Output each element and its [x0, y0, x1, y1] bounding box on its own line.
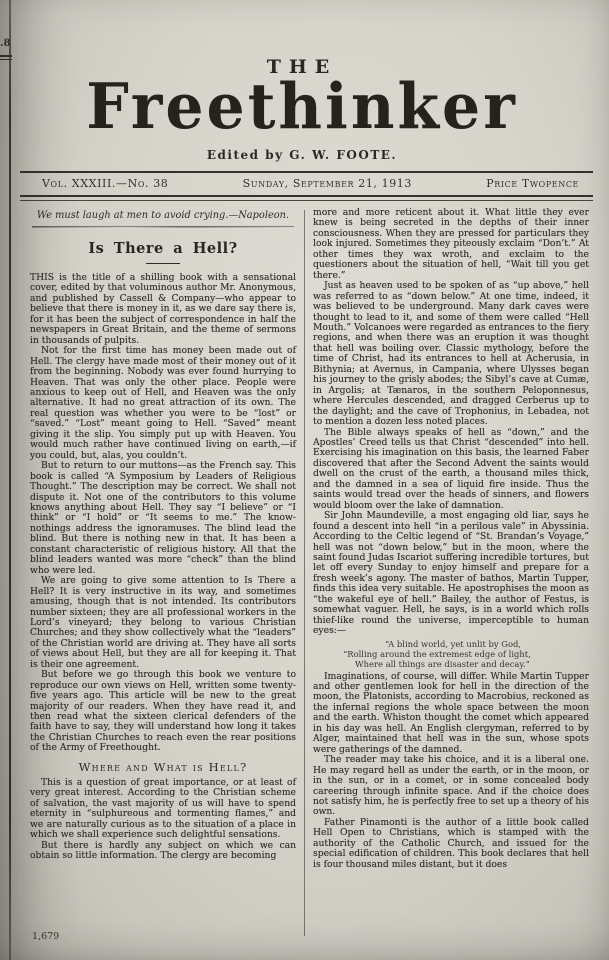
article-paragraph: Just as heaven used to be spoken of as “…: [313, 281, 589, 427]
newspaper-page: .8 THE Freethinker Edited by G. W. FOOTE…: [0, 0, 609, 960]
article-title-rule: [146, 263, 180, 264]
verse-quotation: “A blind world, yet unlit by God, “Rolli…: [313, 639, 589, 669]
left-column: We must laugh at men to avoid crying.—Na…: [30, 208, 296, 936]
article-paragraph: But there is hardly any subject on which…: [30, 841, 296, 862]
article-paragraph: We are going to give some attention to I…: [30, 576, 296, 670]
article-paragraph: Not for the first time has money been ma…: [30, 346, 296, 461]
article-paragraph: Imaginations, of course, will differ. Wh…: [313, 672, 589, 756]
article-paragraph: The reader may take his choice, and it i…: [313, 755, 589, 818]
article-paragraph: more and more reticent about it. What li…: [313, 208, 589, 281]
article-paragraph: But before we go through this book we ve…: [30, 670, 296, 754]
article-paragraph: The Bible always speaks of hell as “down…: [313, 428, 589, 512]
article-paragraph: This is a question of great importance, …: [30, 778, 296, 841]
issue-price: Price Twopence: [486, 177, 579, 190]
adjacent-page-fragment: .8: [0, 38, 14, 60]
printer-number: 1,679: [32, 931, 59, 942]
epigraph: We must laugh at men to avoid crying.—Na…: [34, 210, 292, 222]
masthead-byline: Edited by G. W. FOOTE.: [22, 148, 582, 162]
article-paragraph: But to return to our muttons—as the Fren…: [30, 461, 296, 576]
book-binding-edge: [9, 0, 11, 960]
issue-bar: Vol. XXXIII.—No. 38 Sunday, September 21…: [0, 173, 609, 193]
epigraph-rule: [32, 226, 294, 228]
issue-date: Sunday, September 21, 1913: [243, 177, 412, 190]
verse-line: “Rolling around the extremest edge of li…: [313, 649, 589, 659]
right-column: more and more reticent about it. What li…: [313, 208, 589, 936]
article-columns: We must laugh at men to avoid crying.—Na…: [0, 201, 609, 936]
masthead-title: Freethinker: [22, 77, 582, 137]
article-paragraph: Sir John Maundeville, a most engaging ol…: [313, 511, 589, 636]
article-title: Is There a Hell?: [30, 240, 296, 257]
article-paragraph: Father Pinamonti is the author of a litt…: [313, 818, 589, 870]
verse-line: “A blind world, yet unlit by God,: [313, 639, 589, 649]
masthead: THE Freethinker Edited by G. W. FOOTE.: [22, 0, 582, 162]
issue-volume: Vol. XXXIII.—No. 38: [42, 177, 168, 190]
fragment-rule: [0, 55, 12, 60]
article-paragraph: THIS is the title of a shilling book wit…: [30, 273, 296, 346]
article-subhead: Where and What is Hell?: [30, 760, 296, 774]
fragment-text: .8: [0, 38, 10, 49]
column-divider-rule: [304, 210, 305, 936]
verse-line: Where all things are disaster and decay.…: [313, 659, 589, 669]
